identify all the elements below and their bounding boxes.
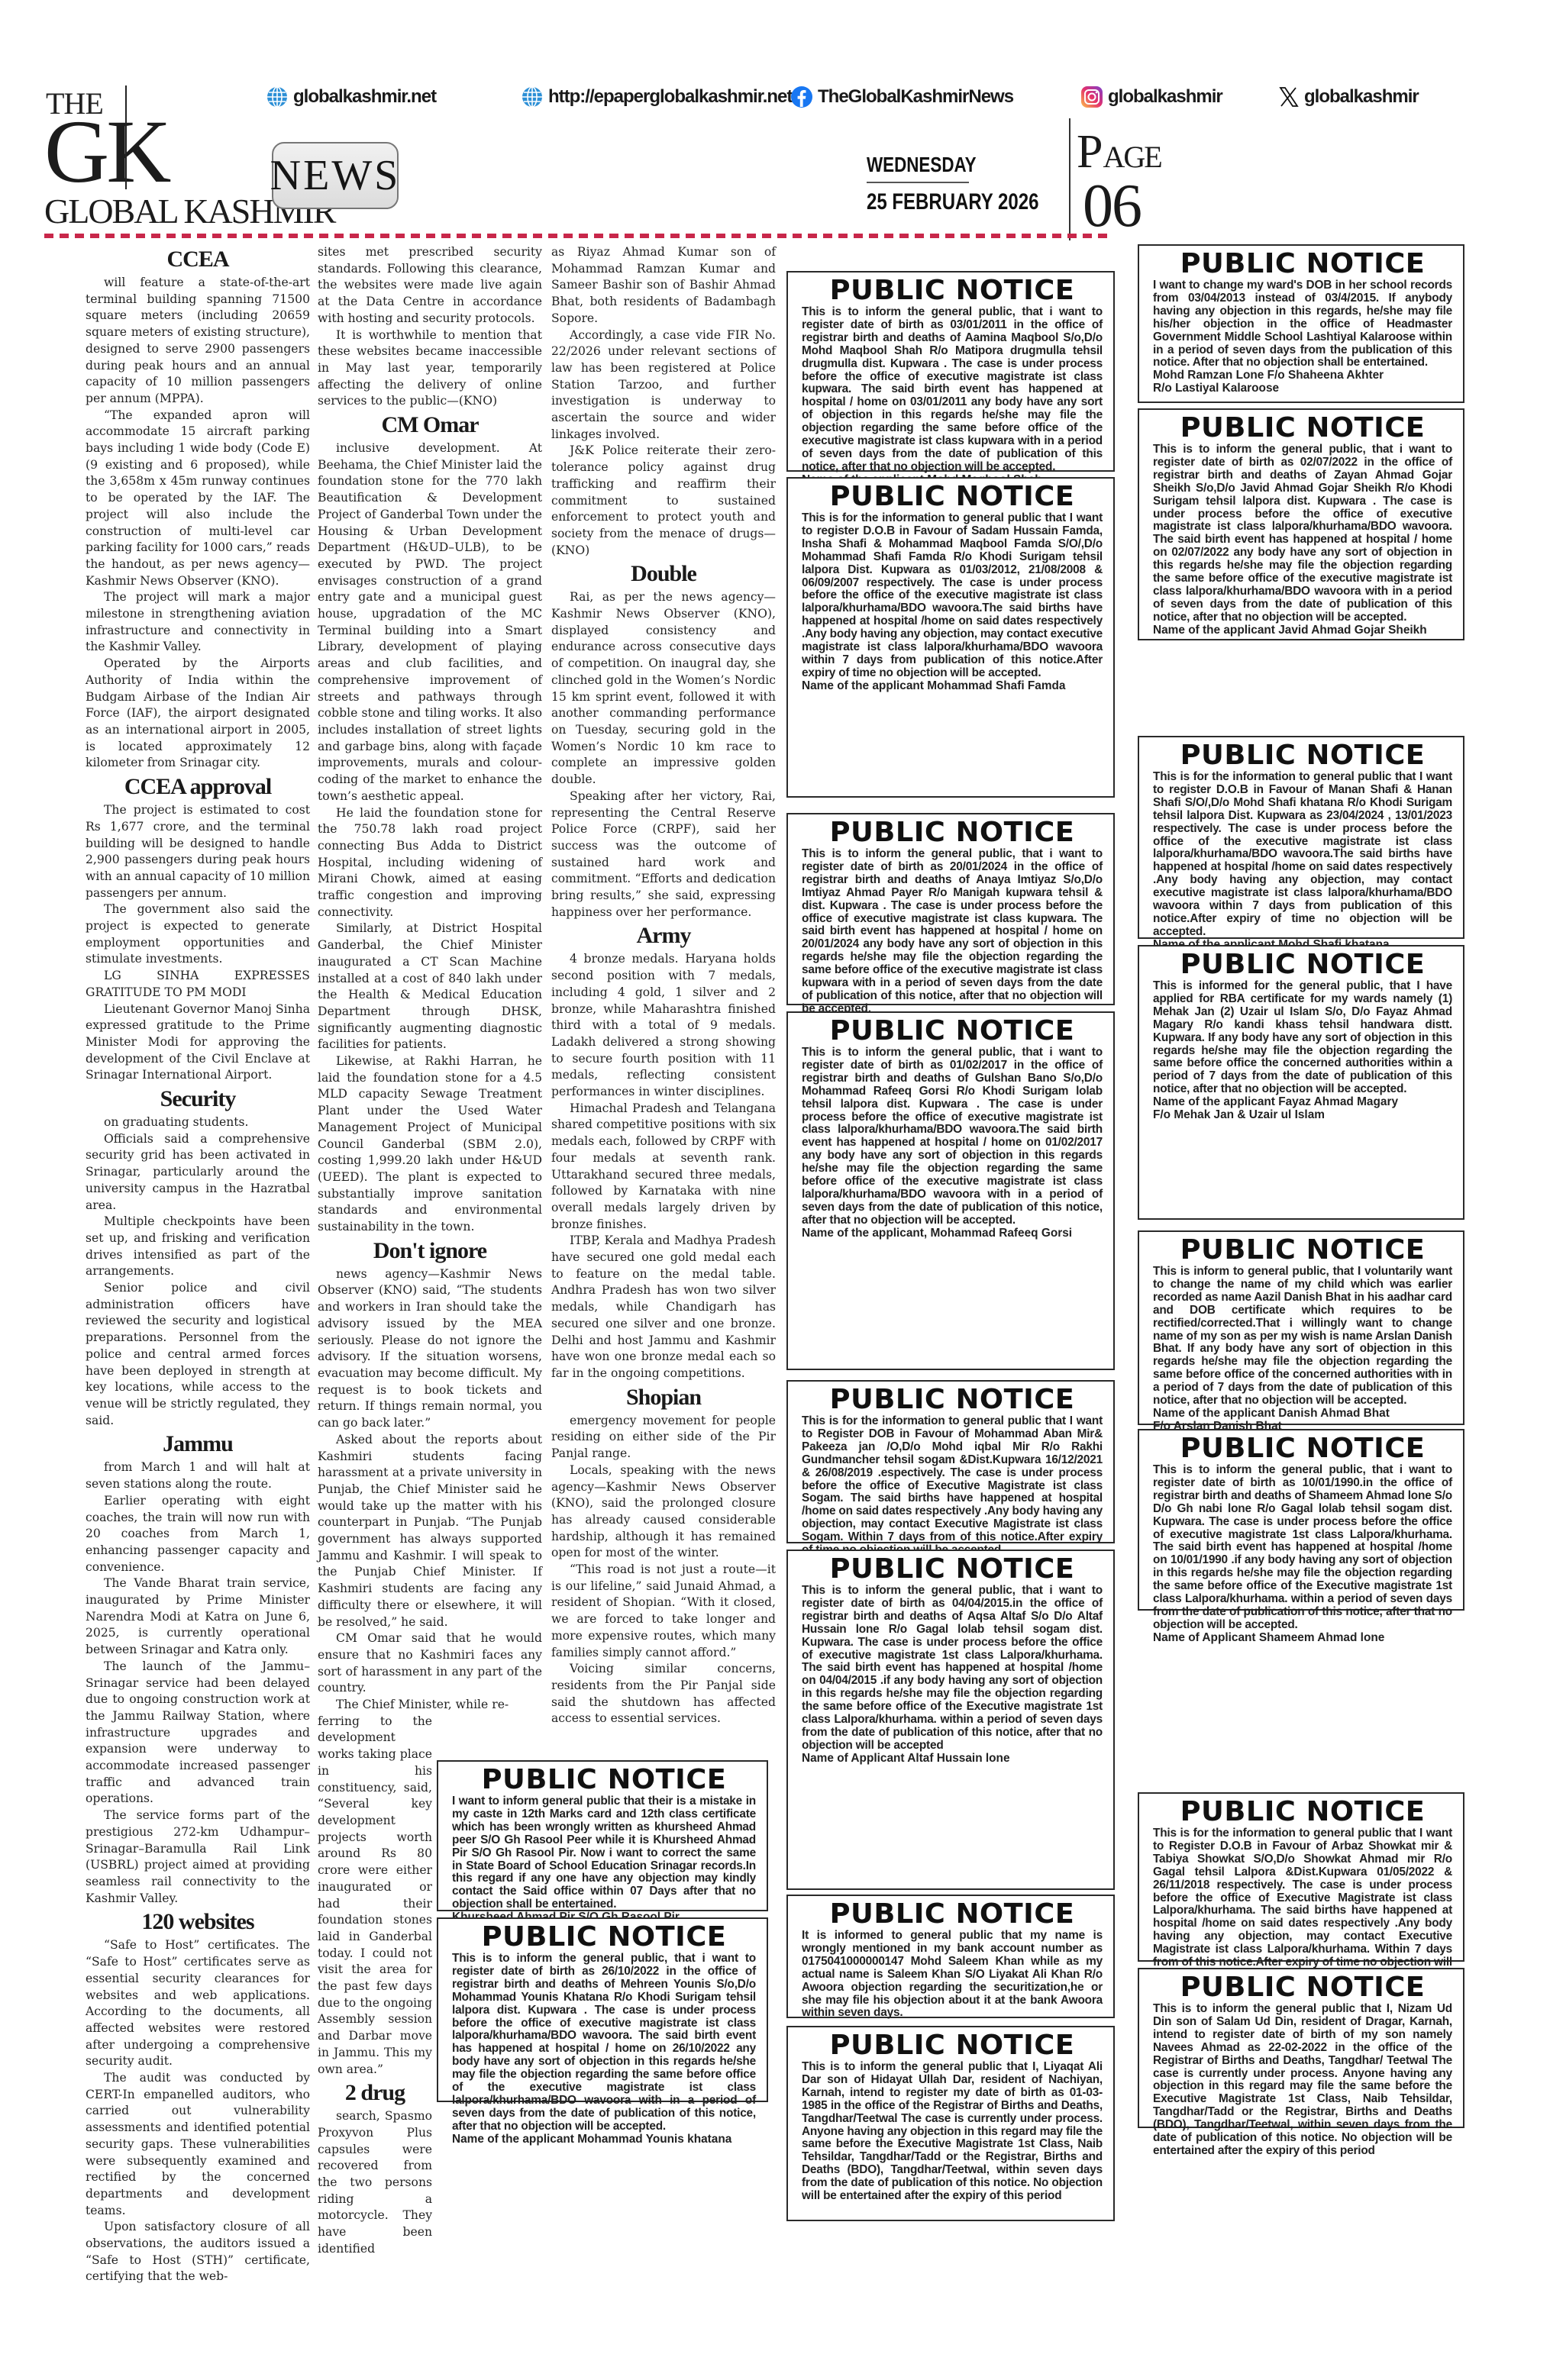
page-number: 06: [1083, 176, 1141, 237]
social-link-facebook[interactable]: TheGlobalKashmirNews: [790, 85, 1013, 108]
notice-body: This is to inform the general public tha…: [1153, 2003, 1452, 2158]
public-notice: PUBLIC NOTICE This is to inform the gene…: [786, 1011, 1115, 1370]
notice-signature: Name of the applicant Fayaz Ahmad Magary: [1153, 1096, 1452, 1109]
headline-double: Double: [551, 560, 776, 588]
paragraph: ITBP, Kerala and Madhya Pradesh have sec…: [551, 1233, 776, 1382]
paragraph: Similarly, at District Hospital Ganderba…: [318, 921, 542, 1053]
notice-body: This is to inform the general public, th…: [802, 1046, 1103, 1227]
paragraph: Himachal Pradesh and Telangana shared co…: [551, 1101, 776, 1234]
public-notice: PUBLIC NOTICE I want to change my ward's…: [1138, 244, 1464, 403]
notice-title: PUBLIC NOTICE: [1150, 951, 1455, 979]
notice-body: This is to inform the general public, th…: [452, 1953, 756, 2133]
social-links: globalkashmir.net http://epaperglobalkas…: [0, 85, 1550, 116]
globe-icon: [266, 85, 289, 108]
paragraph: Speaking after her victory, Rai, represe…: [551, 788, 776, 921]
notice-body: It is informed to general public that my…: [802, 1930, 1103, 2020]
article-column-1: CCEA will feature a state-of-the-art ter…: [86, 244, 310, 2285]
narrow-column: ferring to the development works taking …: [318, 1714, 432, 2258]
article-column-3: as Riyaz Ahmad Kumar son of Mohammad Ram…: [551, 244, 776, 1727]
notice-title: PUBLIC NOTICE: [1150, 414, 1455, 442]
paragraph: The government also said the project is …: [86, 901, 310, 968]
notice-signature: Name of Applicant Shameem Ahmad lone: [1153, 1632, 1452, 1645]
paragraph: The Chief Minister, while re-: [318, 1697, 542, 1714]
subheading: LG SINHA EXPRESSES GRATITUDE TO PM MODI: [86, 968, 310, 1001]
paragraph: Earlier operating with eight coaches, th…: [86, 1493, 310, 1576]
notice-signature: Name of the applicant Mohammad Shafi Fam…: [802, 680, 1103, 693]
paragraph: The service forms part of the prestigiou…: [86, 1808, 310, 1907]
x-icon: [1277, 85, 1300, 108]
notice-signature: Name of the applicant Javid Ahmad Gojar …: [1153, 624, 1452, 637]
headline-shopian: Shopian: [551, 1384, 776, 1411]
notice-body: This is to inform the general public tha…: [802, 2061, 1103, 2203]
masthead-dashed-rule: [44, 234, 1113, 238]
notice-body: This is inform to general public, that I…: [1153, 1266, 1452, 1408]
public-notice: PUBLIC NOTICE This is to inform the gene…: [1138, 1429, 1464, 1611]
notice-title: PUBLIC NOTICE: [1150, 1798, 1455, 1826]
issue-date: 25 FEBRUARY 2026: [867, 189, 1038, 215]
notice-body: This is to inform the general public, th…: [1153, 443, 1452, 624]
section-label: NEWS: [270, 151, 401, 200]
headline-ccea: CCEA: [86, 246, 310, 273]
paragraph: sites met prescribed security standards.…: [318, 244, 542, 327]
headline-cm-omar: CM Omar: [318, 411, 542, 439]
notice-body: This is for the information to general p…: [1153, 1827, 1452, 1982]
logo-gk: GK: [44, 107, 168, 197]
page-label-age: AGE: [1103, 140, 1161, 174]
notice-body: This is to inform the general public, th…: [802, 1585, 1103, 1753]
public-notice: PUBLIC NOTICE This is to inform the gene…: [786, 271, 1115, 472]
headline-security: Security: [86, 1085, 310, 1113]
notice-title: PUBLIC NOTICE: [1150, 742, 1455, 769]
paragraph: “The expanded apron will accommodate 15 …: [86, 408, 310, 590]
paragraph: Asked about the reports about Kashmiri s…: [318, 1432, 542, 1630]
social-link-epaper[interactable]: http://epaperglobalkashmir.net: [521, 85, 792, 108]
weekday: WEDNESDAY: [867, 153, 1038, 177]
date-block: WEDNESDAY 25 FEBRUARY 2026: [867, 153, 1082, 215]
social-link-instagram[interactable]: globalkashmir: [1080, 85, 1222, 108]
notice-title: PUBLIC NOTICE: [799, 1386, 1106, 1414]
paragraph: inclusive development. At Beehama, the C…: [318, 440, 542, 805]
paragraph: news agency—Kashmir News Observer (KNO) …: [318, 1266, 542, 1432]
notice-signature: Name of the applicant Mohammad Younis kh…: [452, 2133, 756, 2146]
social-link-website[interactable]: globalkashmir.net: [266, 85, 436, 108]
paragraph: emergency movement for people residing o…: [551, 1413, 776, 1463]
paragraph: CM Omar said that he would ensure that n…: [318, 1630, 542, 1697]
notice-signature: Name of Applicant Altaf Hussain lone: [802, 1753, 1103, 1766]
headline-jammu: Jammu: [86, 1430, 310, 1458]
paragraph: Rai, as per the news agency—Kashmir News…: [551, 589, 776, 788]
notice-body: This is for the information to general p…: [1153, 771, 1452, 939]
public-notice: PUBLIC NOTICE This is for the informatio…: [786, 477, 1115, 798]
instagram-icon: [1080, 85, 1103, 108]
notice-body: This is to inform the general public, th…: [1153, 1464, 1452, 1632]
paragraph: The audit was conducted by CERT-In empan…: [86, 2070, 310, 2219]
public-notice: PUBLIC NOTICE This is for the informatio…: [1138, 1792, 1464, 1962]
paragraph: The project is estimated to cost Rs 1,67…: [86, 802, 310, 901]
paragraph: will feature a state-of-the-art terminal…: [86, 275, 310, 408]
notice-title: PUBLIC NOTICE: [799, 1556, 1106, 1583]
social-label: globalkashmir.net: [293, 86, 436, 108]
globe-icon: [521, 85, 544, 108]
paragraph: J&K Police reiterate their zero-toleranc…: [551, 443, 776, 559]
date-rule: [867, 182, 969, 183]
public-notice: PUBLIC NOTICE This is informed for the g…: [1138, 945, 1464, 1220]
notice-signature: Name of the applicant Danish Ahmad Bhat: [1153, 1408, 1452, 1421]
paragraph: The launch of the Jammu–Srinagar service…: [86, 1659, 310, 1808]
notice-title: PUBLIC NOTICE: [799, 1017, 1106, 1045]
notice-title: PUBLIC NOTICE: [1150, 1237, 1455, 1264]
paragraph: Lieutenant Governor Manoj Sinha expresse…: [86, 1001, 310, 1085]
notice-title: PUBLIC NOTICE: [799, 819, 1106, 847]
paragraph: as Riyaz Ahmad Kumar son of Mohammad Ram…: [551, 244, 776, 327]
notice-body: This is informed for the general public,…: [1153, 980, 1452, 1096]
paragraph: It is worthwhile to mention that these w…: [318, 327, 542, 411]
paragraph: 4 bronze medals. Haryana holds second po…: [551, 951, 776, 1100]
facebook-icon: [790, 85, 813, 108]
masthead: THE GK GLOBAL KASHMIR globalkashmir.net …: [0, 0, 1550, 237]
paragraph: on graduating students.: [86, 1114, 310, 1131]
notice-title: PUBLIC NOTICE: [799, 1901, 1106, 1928]
notice-title: PUBLIC NOTICE: [449, 1924, 759, 1951]
paragraph: The Vande Bharat train service, inaugura…: [86, 1575, 310, 1659]
paragraph: from March 1 and will halt at seven stat…: [86, 1459, 310, 1492]
social-label: globalkashmir: [1108, 86, 1222, 108]
headline-120-websites: 120 websites: [86, 1908, 310, 1936]
paragraph: He laid the foundation stone for the 750…: [318, 805, 542, 921]
public-notice: PUBLIC NOTICE This is to inform the gene…: [1138, 1968, 1464, 2128]
public-notice: PUBLIC NOTICE This is to inform the gene…: [786, 1550, 1115, 1890]
notice-body: I want to inform general public that the…: [452, 1795, 756, 1911]
notice-title: PUBLIC NOTICE: [1150, 250, 1455, 278]
paragraph: Officials said a comprehensive security …: [86, 1131, 310, 1214]
headline-ccea-approval: CCEA approval: [86, 773, 310, 801]
paragraph: search, Spasmo Proxyvon Plus capsules we…: [318, 2108, 432, 2257]
notice-title: PUBLIC NOTICE: [1150, 1974, 1455, 2001]
paragraph: Multiple checkpoints have been set up, a…: [86, 1214, 310, 1280]
social-label: globalkashmir: [1304, 86, 1419, 108]
headline-army: Army: [551, 922, 776, 950]
paragraph: Operated by the Airports Authority of In…: [86, 656, 310, 772]
notice-signature: R/o Lastiyal Kalaroose: [1153, 382, 1452, 395]
notice-title: PUBLIC NOTICE: [799, 483, 1106, 511]
notice-body: This is for the information to general p…: [802, 512, 1103, 680]
section-badge: NEWS: [272, 142, 399, 209]
notice-title: PUBLIC NOTICE: [1150, 1435, 1455, 1463]
paragraph: Voicing similar concerns, residents from…: [551, 1661, 776, 1727]
public-notice: PUBLIC NOTICE This is for the informatio…: [1138, 736, 1464, 939]
notice-title: PUBLIC NOTICE: [799, 2032, 1106, 2059]
notice-title: PUBLIC NOTICE: [449, 1766, 759, 1794]
notice-signature: F/o Mehak Jan & Uzair ul Islam: [1153, 1109, 1452, 1122]
public-notice: PUBLIC NOTICE I want to inform general p…: [437, 1760, 768, 1911]
notice-signature: Name of the applicant, Mohammad Rafeeq G…: [802, 1227, 1103, 1240]
social-label: TheGlobalKashmirNews: [818, 86, 1013, 108]
public-notice: PUBLIC NOTICE This is to inform the gene…: [1138, 408, 1464, 640]
paragraph: Accordingly, a case vide FIR No. 22/2026…: [551, 327, 776, 443]
notice-body: This is to inform the general public, th…: [802, 306, 1103, 474]
notice-title: PUBLIC NOTICE: [799, 277, 1106, 305]
page-label: PAGE: [1077, 128, 1161, 176]
page-label-p: P: [1077, 126, 1103, 178]
page-divider: [1069, 118, 1070, 240]
paragraph: The project will mark a major milestone …: [86, 589, 310, 656]
paragraph: Senior police and civil administration o…: [86, 1280, 310, 1429]
paragraph: “This road is not just a route—it is our…: [551, 1562, 776, 1661]
paragraph: ferring to the development works taking …: [318, 1714, 432, 2078]
headline-dont-ignore: Don't ignore: [318, 1237, 542, 1265]
paragraph: “Safe to Host” certificates. The “Safe t…: [86, 1937, 310, 2070]
notice-body: This is for the information to general p…: [802, 1415, 1103, 1557]
headline-2-drug: 2 drug: [318, 2079, 432, 2107]
social-label: http://epaperglobalkashmir.net: [548, 86, 792, 108]
paragraph: Likewise, at Rakhi Harran, he laid the f…: [318, 1053, 542, 1236]
paragraph: Upon satisfactory closure of all observa…: [86, 2219, 310, 2285]
public-notice: PUBLIC NOTICE This is to inform the gene…: [786, 813, 1115, 1005]
notice-body: This is to inform the general public, th…: [802, 848, 1103, 1016]
public-notice: PUBLIC NOTICE This is inform to general …: [1138, 1230, 1464, 1425]
notice-signature: Mohd Ramzan Lone F/o Shaheena Akhter: [1153, 369, 1452, 382]
public-notice: PUBLIC NOTICE This is to inform the gene…: [786, 2026, 1115, 2221]
public-notice: PUBLIC NOTICE This is to inform the gene…: [437, 1917, 768, 2102]
paragraph: Locals, speaking with the news agency—Ka…: [551, 1463, 776, 1562]
notice-body: I want to change my ward's DOB in her sc…: [1153, 279, 1452, 369]
public-notice: PUBLIC NOTICE It is informed to general …: [786, 1895, 1115, 2018]
social-link-x[interactable]: globalkashmir: [1277, 85, 1419, 108]
public-notice: PUBLIC NOTICE This is for the informatio…: [786, 1380, 1115, 1543]
